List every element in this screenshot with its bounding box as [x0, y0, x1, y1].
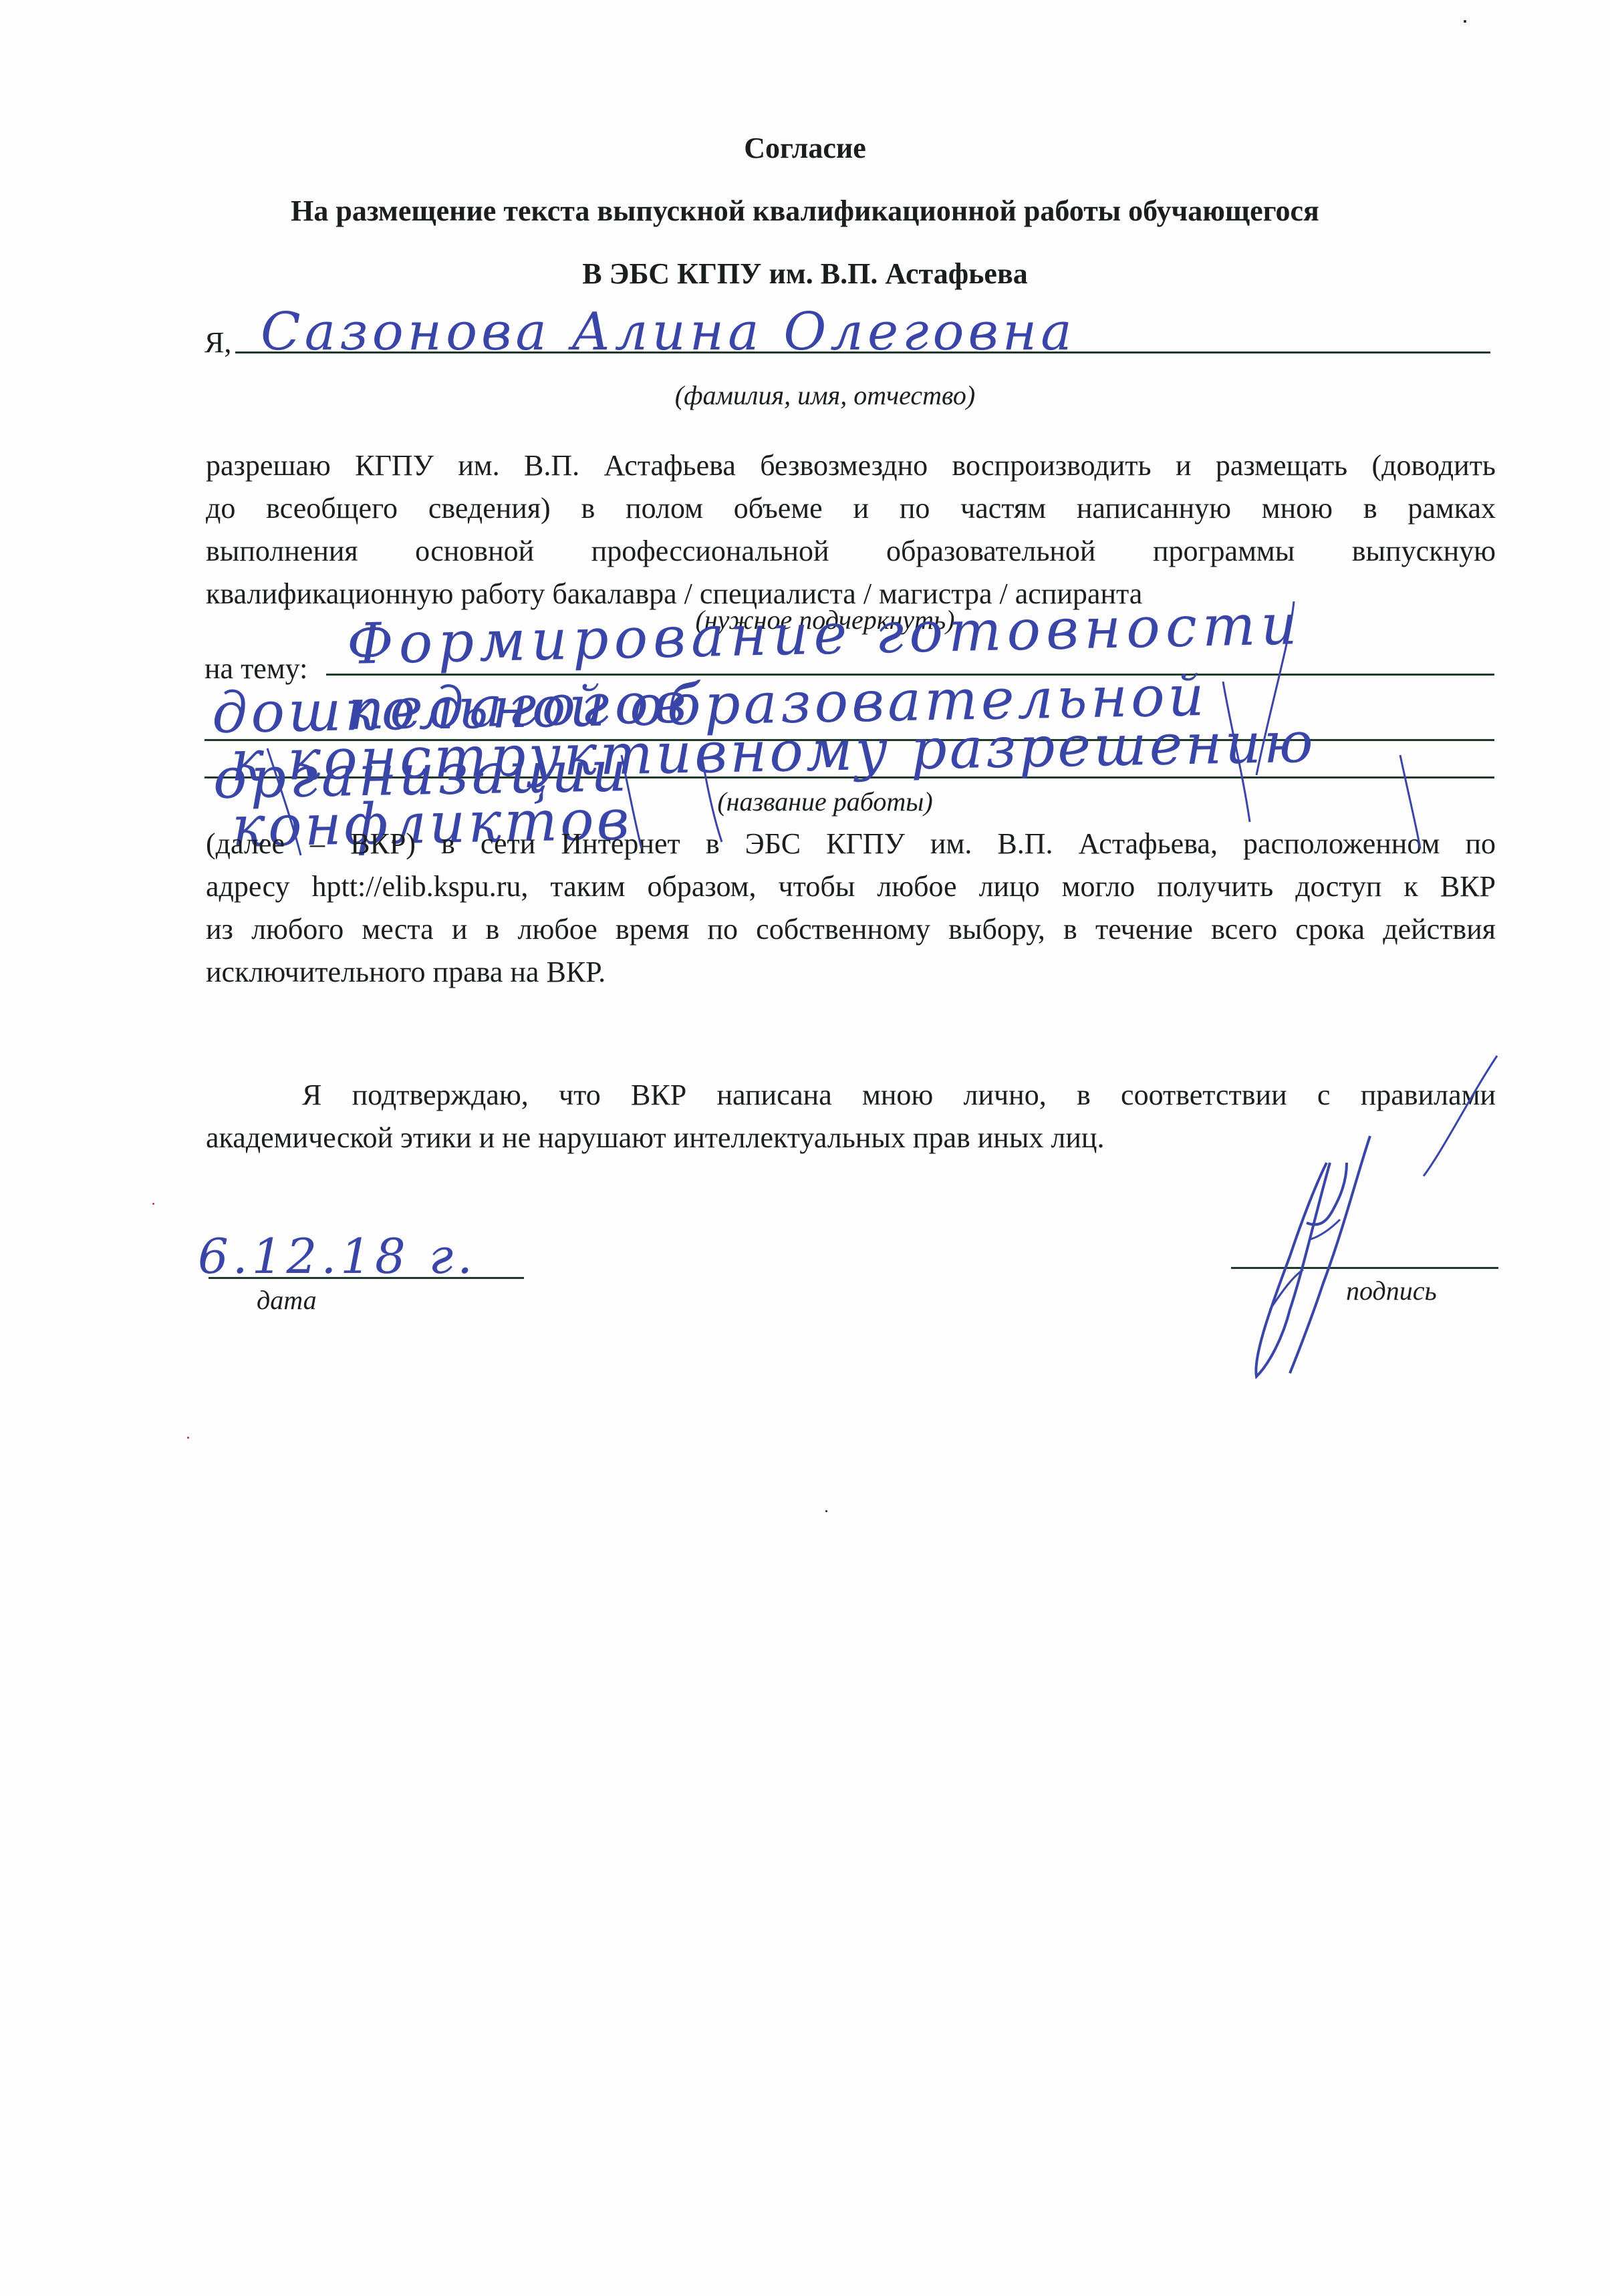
scan-speck [825, 1510, 827, 1512]
handwriting-descender-strokes-icon [0, 0, 1610, 936]
handwritten-date: 6.12.18 г. [198, 1228, 477, 1284]
consent-form-page: Согласие На размещение текста выпускной … [0, 0, 1610, 2296]
date-underline [209, 1277, 524, 1279]
confirmation-line-1: Я подтверждаю, что ВКР написана мною лич… [302, 1072, 1496, 1119]
date-caption: дата [257, 1284, 317, 1316]
handwritten-signature-icon [1230, 1136, 1403, 1377]
scan-speck [187, 1437, 189, 1439]
scan-speck [152, 1203, 154, 1205]
scan-speck [1464, 20, 1466, 23]
publication-line-4: исключительного права на ВКР. [206, 949, 1496, 996]
